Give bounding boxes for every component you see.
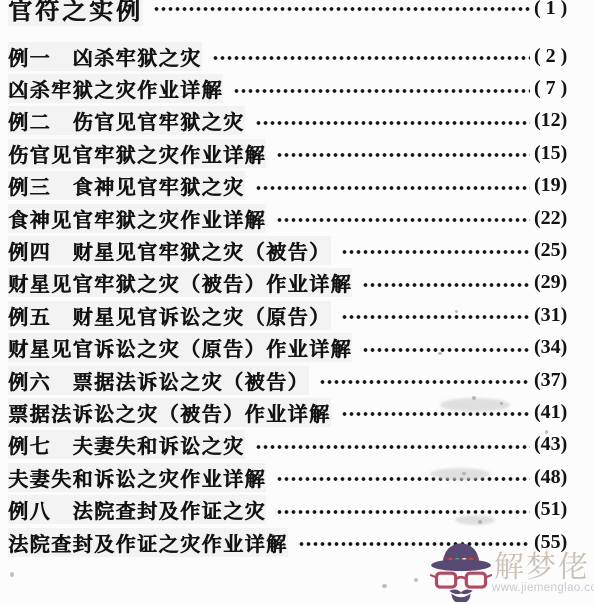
toc-row: 夫妻失和诉讼之灾作业详解 (48) — [8, 461, 590, 493]
page-number: ( 2 ) — [534, 45, 590, 68]
dotted-leader — [276, 461, 530, 493]
toc-entry-label: 例八 法院查封及作证之灾 — [8, 495, 266, 524]
page-number: (31) — [534, 304, 590, 327]
page-number: (29) — [534, 271, 590, 294]
toc-entry-label: 票据法诉讼之灾（被告）作业详解 — [8, 398, 331, 427]
toc-row: 例八 法院查封及作证之灾 (51) — [8, 493, 590, 525]
toc-row: 例三 食神见官牢狱之灾 (19) — [8, 170, 590, 202]
dotted-leader — [341, 234, 531, 266]
scan-smudge — [430, 468, 490, 480]
toc-entry-label: 食神见官牢狱之灾作业详解 — [8, 204, 266, 233]
scan-speck — [545, 430, 548, 434]
toc-row: 例二 伤官见官牢狱之灾 (12) — [8, 105, 590, 137]
scan-speck — [438, 352, 442, 355]
dotted-leader — [341, 299, 531, 331]
dotted-leader — [319, 364, 530, 396]
page-number: (25) — [534, 239, 590, 262]
watermark-site-url: www.jiemenglao.com — [492, 582, 594, 594]
scan-speck — [414, 578, 418, 582]
toc-entry-label: 例七 夫妻失和诉讼之灾 — [8, 430, 245, 459]
toc-entry-label: 财星见官诉讼之灾（原告）作业详解 — [8, 333, 352, 362]
toc-entry-label: 夫妻失和诉讼之灾作业详解 — [8, 463, 266, 492]
page-number: ( 1 ) — [534, 0, 590, 20]
toc-row: 例七 夫妻失和诉讼之灾 (43) — [8, 429, 590, 461]
toc-row: 例一 凶杀牢狱之灾 ( 2 ) — [8, 40, 590, 72]
scan-speck — [382, 584, 387, 588]
toc-entry-label: 例三 食神见官牢狱之灾 — [8, 171, 245, 200]
page-number: ( 7 ) — [534, 77, 590, 100]
scan-speck — [462, 472, 466, 475]
page-number: (15) — [534, 142, 590, 165]
scan-speck — [500, 402, 503, 405]
toc-entry-label: 伤官见官牢狱之灾作业详解 — [8, 139, 266, 168]
toc-entry-label: 凶杀牢狱之灾作业详解 — [8, 74, 223, 103]
toc-row: 伤官见官牢狱之灾作业详解 (15) — [8, 137, 590, 169]
toc-row: 例四 财星见官牢狱之灾（被告） (25) — [8, 234, 590, 266]
scanned-toc-page: 官符之实例 ( 1 ) 例一 凶杀牢狱之灾 ( 2 ) 凶杀牢狱之灾作业详解 (… — [0, 0, 594, 604]
toc-entry-label: 例六 票据法诉讼之灾（被告） — [8, 366, 309, 395]
page-number: (19) — [534, 174, 590, 197]
page-number: (51) — [534, 498, 590, 521]
dotted-leader — [233, 72, 530, 104]
toc-entry-label: 财星见官牢狱之灾（被告）作业详解 — [8, 268, 352, 297]
dotted-leader — [276, 202, 530, 234]
dotted-leader — [362, 267, 530, 299]
toc-row: 例五 财星见官诉讼之灾（原告） (31) — [8, 299, 590, 331]
page-number: (48) — [534, 466, 590, 489]
toc-row: 财星见官诉讼之灾（原告）作业详解 (34) — [8, 332, 590, 364]
dotted-leader — [212, 40, 531, 72]
dotted-leader — [362, 332, 530, 364]
scan-speck — [478, 520, 482, 524]
scan-speck — [10, 572, 14, 577]
toc-row: 食神见官牢狱之灾作业详解 (22) — [8, 202, 590, 234]
toc-section-title: 官符之实例 — [8, 0, 143, 26]
toc-entry-label: 例二 伤官见官牢狱之灾 — [8, 106, 245, 135]
dotted-leader — [276, 137, 530, 169]
toc-row: 官符之实例 ( 1 ) — [8, 0, 590, 21]
scan-smudge — [440, 398, 510, 412]
toc-items: 例一 凶杀牢狱之灾 ( 2 ) 凶杀牢狱之灾作业详解 ( 7 ) 例二 伤官见官… — [8, 40, 590, 558]
dotted-leader — [255, 170, 531, 202]
toc-entry-label: 法院查封及作证之灾作业详解 — [8, 528, 288, 557]
site-watermark: 解梦佬 www.jiemenglao.com — [428, 536, 594, 604]
dotted-leader — [255, 429, 531, 461]
scan-speck — [455, 310, 458, 313]
page-number: (12) — [534, 109, 590, 132]
toc-row: 财星见官牢狱之灾（被告）作业详解 (29) — [8, 267, 590, 299]
mascot-logo-icon — [428, 538, 494, 602]
page-number: (22) — [534, 207, 590, 230]
toc-entry-label: 例四 财星见官牢狱之灾（被告） — [8, 236, 331, 265]
watermark-site-name: 解梦佬 — [494, 542, 590, 586]
toc-entry-label: 例一 凶杀牢狱之灾 — [8, 42, 202, 71]
page-number: (41) — [534, 401, 590, 424]
scan-smudge — [455, 515, 495, 525]
table-of-contents: 官符之实例 ( 1 ) 例一 凶杀牢狱之灾 ( 2 ) 凶杀牢狱之灾作业详解 (… — [8, 0, 590, 558]
page-number: (43) — [534, 433, 590, 456]
dotted-leader — [255, 105, 531, 137]
page-number: (34) — [534, 336, 590, 359]
scan-speck — [472, 396, 476, 400]
page-number: (37) — [534, 369, 590, 392]
toc-entry-label: 例五 财星见官诉讼之灾（原告） — [8, 301, 331, 330]
toc-row: 凶杀牢狱之灾作业详解 ( 7 ) — [8, 72, 590, 104]
dotted-leader — [153, 0, 530, 21]
toc-row: 例六 票据法诉讼之灾（被告） (37) — [8, 364, 590, 396]
